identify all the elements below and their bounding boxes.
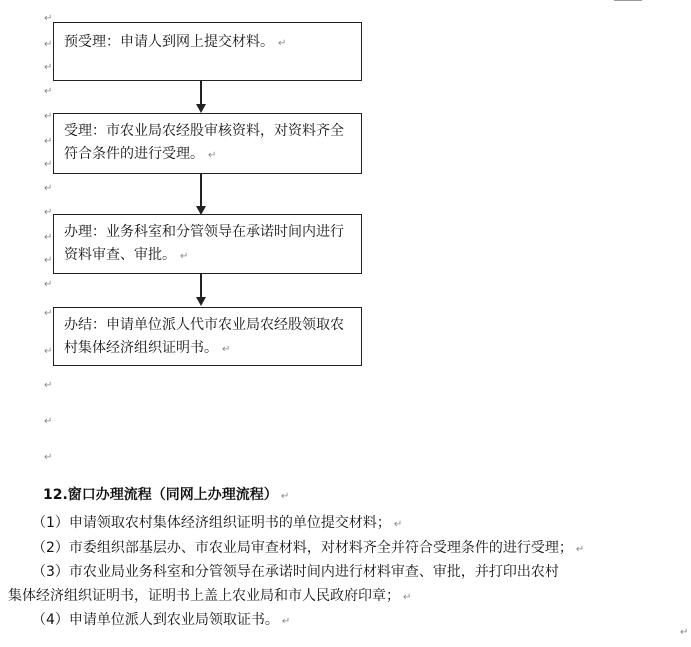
step-label: 预受理：申请人到网上提交材料。 [64,34,274,50]
step-label: 办结：申请单位派人代市农业局农经股领取农村集体经济组织证明书。 [64,317,344,356]
list-item-continuation: 集体经济组织证明书，证明书上盖上农业局和市人民政府印章；↵ [8,585,411,605]
paragraph-mark-icon: ↵ [403,592,411,603]
list-item-text: （3）市农业局业务科室和分管领导在承诺时间内进行材料审查、审批，并打印出农村 [32,564,559,580]
flowchart-step-acceptance: 受理：市农业局农经股审核资料，对资料齐全符合条件的进行受理。↵ [53,113,362,174]
paragraph-mark-icon: ↵ [394,519,402,530]
paragraph-mark-icon: ↵ [44,14,52,24]
paragraph-mark-icon: ↵ [44,87,52,97]
paragraph-mark-icon: ↵ [44,233,52,243]
paragraph-mark-icon: ↵ [44,160,52,170]
list-item: （3）市农业局业务科室和分管领导在承诺时间内进行材料审查、审批，并打印出农村 [32,561,559,581]
paragraph-mark-icon: ↵ [281,491,289,502]
paragraph-mark-icon: ↵ [44,137,52,147]
list-item: （1）申请领取农村集体经济组织证明书的单位提交材料；↵ [32,512,402,532]
list-item-text: （2）市委组织部基层办、市农业局审查材料，对材料齐全并符合受理条件的进行受理； [32,540,573,556]
paragraph-mark-icon: ↵ [208,150,216,161]
paragraph-mark-icon: ↵ [44,280,52,290]
paragraph-mark-icon: ↵ [44,40,52,50]
flow-arrow-line [200,174,202,208]
paragraph-mark-icon: ↵ [44,184,52,194]
paragraph-mark-icon: ↵ [576,544,584,555]
flowchart-step-processing: 办理：业务科室和分管领导在承诺时间内进行资料审查、审批。↵ [53,214,362,274]
paragraph-mark-icon: ↵ [680,628,688,638]
paragraph-mark-icon: ↵ [278,38,286,49]
list-item-text: （1）申请领取农村集体经济组织证明书的单位提交材料； [32,515,391,531]
paragraph-mark-icon: ↵ [44,453,52,463]
paragraph-mark-icon: ↵ [222,344,230,355]
paragraph-mark-icon: ↵ [44,309,52,319]
paragraph-mark-icon: ↵ [44,347,52,357]
flowchart-step-pre-acceptance: 预受理：申请人到网上提交材料。↵ [53,22,362,81]
paragraph-mark-icon: ↵ [282,616,290,627]
arrow-down-icon [196,297,206,306]
paragraph-mark-icon: ↵ [44,112,52,122]
flow-arrow-line [200,81,202,106]
paragraph-mark-icon: ↵ [44,63,52,73]
paragraph-mark-icon: ↵ [44,256,52,266]
flow-arrow-line [200,274,202,298]
arrow-down-icon [196,104,206,113]
list-item-text: （4）申请单位派人到农业局领取证书。 [32,612,279,628]
paragraph-mark-icon: ↵ [44,381,52,391]
section-heading-text: 12.窗口办理流程（同网上办理流程） [43,487,278,503]
section-heading: 12.窗口办理流程（同网上办理流程）↵ [43,484,289,504]
header-rule [614,0,642,1]
list-item: （4）申请单位派人到农业局领取证书。↵ [32,609,290,629]
paragraph-mark-icon: ↵ [44,417,52,427]
list-item-text: 集体经济组织证明书，证明书上盖上农业局和市人民政府印章； [8,588,400,604]
step-label: 受理：市农业局农经股审核资料，对资料齐全符合条件的进行受理。 [64,123,344,162]
step-label: 办理：业务科室和分管领导在承诺时间内进行资料审查、审批。 [64,224,344,263]
paragraph-mark-icon: ↵ [180,251,188,262]
list-item: （2）市委组织部基层办、市农业局审查材料，对材料齐全并符合受理条件的进行受理；↵ [32,537,584,557]
flowchart-step-completion: 办结：申请单位派人代市农业局农经股领取农村集体经济组织证明书。↵ [53,307,362,366]
paragraph-mark-icon: ↵ [44,208,52,218]
